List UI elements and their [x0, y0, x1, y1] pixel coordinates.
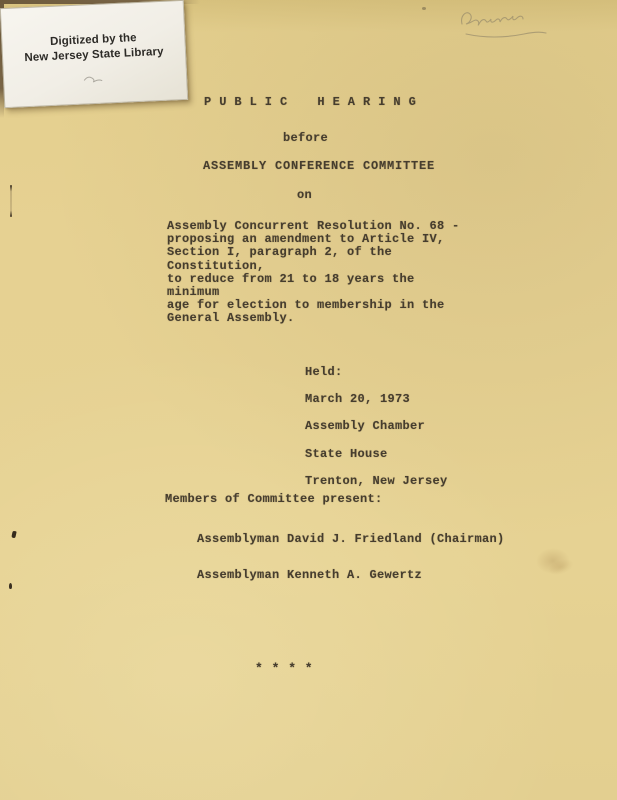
- handwritten-note: [448, 2, 573, 44]
- held-block: Held: March 20, 1973 Assembly Chamber St…: [305, 352, 448, 502]
- paper-speck: [422, 7, 426, 10]
- held-building: State House: [305, 448, 448, 461]
- members-heading: Members of Committee present:: [165, 492, 383, 506]
- sticker-pen-mark: [82, 73, 105, 86]
- staple-mark: [9, 583, 12, 589]
- held-heading: Held:: [305, 366, 448, 379]
- member-item: Assemblyman Kenneth A. Gewertz: [197, 565, 505, 587]
- on-label: on: [297, 188, 312, 202]
- asterisk-separator: * * * *: [255, 661, 313, 676]
- before-label: before: [283, 131, 328, 145]
- committee-name: ASSEMBLY CONFERENCE COMMITTEE: [203, 159, 435, 173]
- staple-mark: [11, 531, 16, 539]
- member-item: Assemblyman David J. Friedland (Chairman…: [197, 529, 505, 551]
- staple-mark: [10, 185, 12, 217]
- hearing-subject: Assembly Concurrent Resolution No. 68 - …: [167, 220, 467, 326]
- held-date: March 20, 1973: [305, 393, 448, 406]
- page-title: PUBLIC HEARING: [204, 95, 424, 109]
- members-list: Assemblyman David J. Friedland (Chairman…: [197, 515, 505, 600]
- held-city: Trenton, New Jersey: [305, 475, 448, 488]
- scanned-document-page: Digitized by the New Jersey State Librar…: [0, 0, 617, 800]
- held-venue: Assembly Chamber: [305, 420, 448, 433]
- library-sticker: Digitized by the New Jersey State Librar…: [0, 0, 188, 108]
